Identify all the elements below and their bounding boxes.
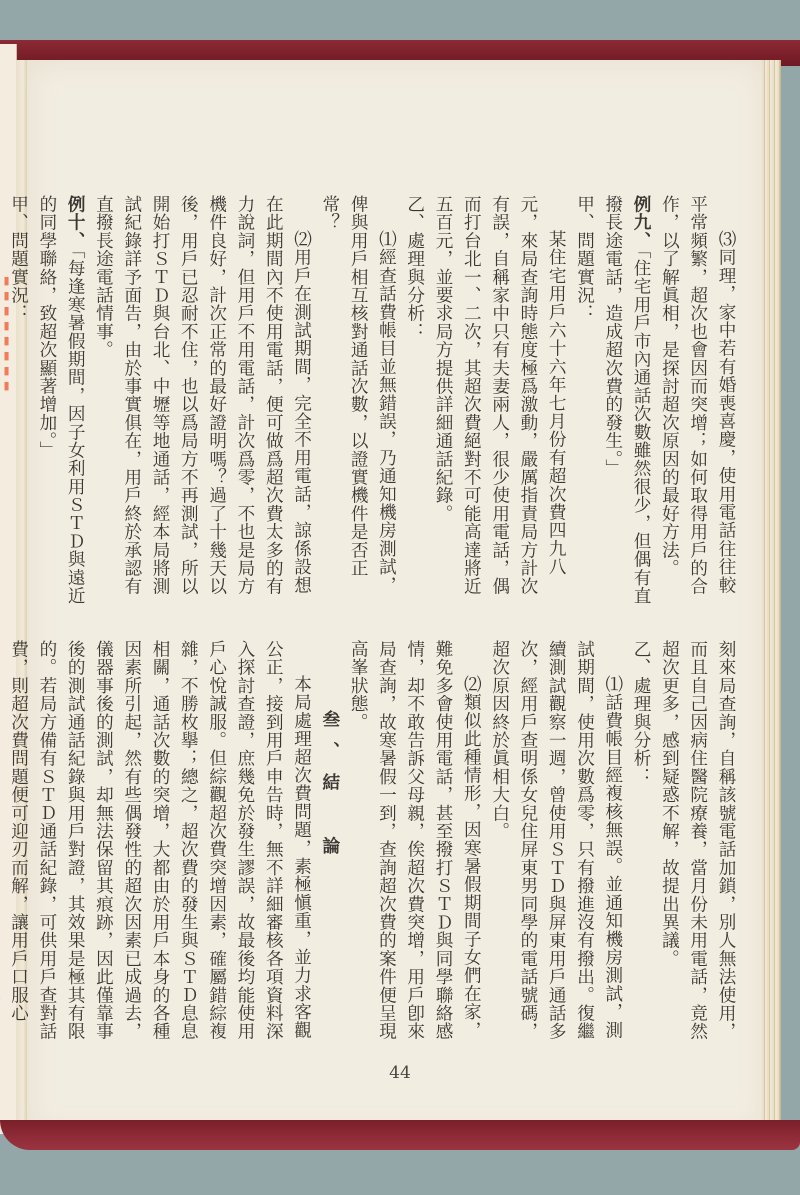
book-cover-bottom-edge bbox=[0, 1120, 800, 1150]
paragraph: 刻來局查詢，自稱該號電話加鎖，別人無法使用，而且自己因病住醫院療養，當月份未用電… bbox=[655, 640, 740, 1045]
subheading: 乙、處理與分析： bbox=[627, 640, 655, 1045]
paragraph: 某住宅電話，以往話費未曾超過一五〇元，六十六年三月份超次費突增爲一千三百餘元，用… bbox=[0, 195, 4, 610]
paragraph: ⑵類似此種情形，因寒暑假期間子女們在家，難免多會使用電話，甚至撥打ＳＴＤ與同學聯… bbox=[344, 640, 485, 1045]
page-number: 44 bbox=[0, 1063, 800, 1083]
subheading: 甲、問題實況： bbox=[570, 195, 598, 610]
example-label: 例九、 bbox=[631, 195, 652, 250]
text-block-bottom: 刻來局查詢，自稱該號電話加鎖，別人無法使用，而且自己因病住醫院療養，當月份未用電… bbox=[0, 640, 740, 1045]
paragraph: 某住宅用戶六十六年七月份有超次費四九八元，來局查詢時態度極爲激動，嚴厲指責局方計… bbox=[429, 195, 570, 610]
text-block-top: ⑶同理，家中若有婚喪喜慶，使用電話往往較平常頻繁，超次也會因而突增；如何取得用戶… bbox=[0, 195, 740, 610]
paragraph: ⑴經查話費帳目並無錯誤，乃通知機房測試，俾與用戶相互核對通話次數，以證實機件是否… bbox=[316, 195, 401, 610]
page-fore-edge bbox=[762, 60, 781, 1135]
paragraph: ⑴話費帳目經複核無誤。並通知機房測試，測試期間，使用次數爲零，只有撥進沒有撥出。… bbox=[485, 640, 626, 1045]
example-heading: 例九、「住宅用戶市內通話次數雖然很少，但偶有直撥長途電話，造成超次費的發生。」 bbox=[599, 195, 656, 610]
paragraph: 本局處理超次費問題，素極愼重，並力求客觀公正，接到用戶申告時，無不詳細審核各項資… bbox=[0, 640, 316, 1045]
section-heading-conclusion: 叁、結 論 bbox=[316, 640, 344, 1045]
example-title: 「每逢寒暑假期間，因子女利用ＳＴＤ與遠近的同學聯絡，致超次顯著增加。」 bbox=[37, 195, 85, 605]
paragraph: ⑶同理，家中若有婚喪喜慶，使用電話往往較平常頻繁，超次也會因而突增；如何取得用戶… bbox=[655, 195, 740, 610]
subheading: 乙、處理與分析： bbox=[400, 195, 428, 610]
paragraph: ⑵用戶在測試期間，完全不用電話，諒係設想在此期間內不使用電話，便可做爲超次費太多… bbox=[89, 195, 315, 610]
example-label: 例十、 bbox=[65, 195, 86, 250]
subheading: 甲、問題實況： bbox=[4, 195, 32, 610]
example-title: 「住宅用戶市內通話次數雖然很少，但偶有直撥長途電話，造成超次費的發生。」 bbox=[603, 195, 651, 605]
example-heading: 例十、「每逢寒暑假期間，因子女利用ＳＴＤ與遠近的同學聯絡，致超次顯著增加。」 bbox=[33, 195, 90, 610]
